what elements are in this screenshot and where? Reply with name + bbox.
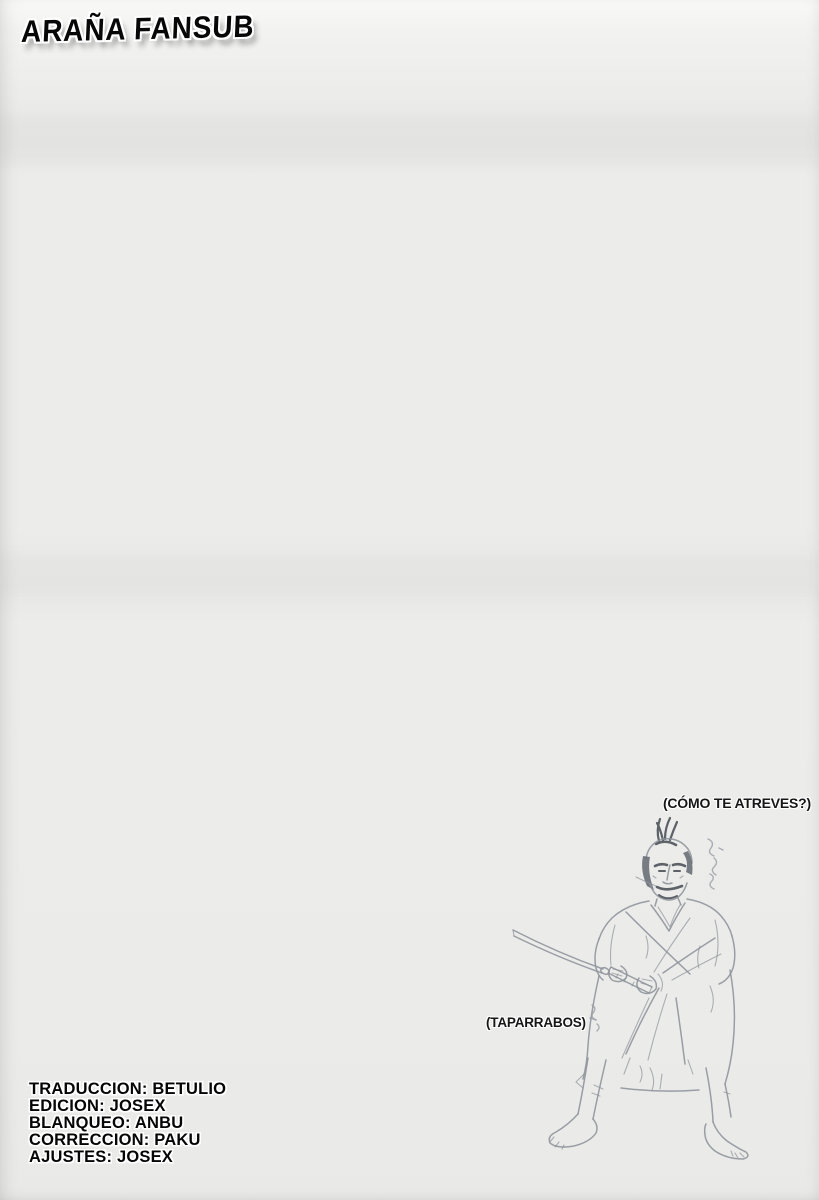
speech-taparrabos: (TAPARRABOS) xyxy=(486,1015,586,1030)
scan-artifact-band xyxy=(0,553,819,595)
credit-line-ajustes: AJUSTES: JOSEX xyxy=(29,1149,226,1166)
credit-line-blanqueo: BLANQUEO: ANBU xyxy=(29,1115,226,1132)
scan-artifact-band xyxy=(0,115,819,165)
japanese-scribbles-head xyxy=(708,839,723,889)
credit-line-traduccion: TRADUCCION: BETULIO xyxy=(29,1081,226,1098)
manga-credits-page: ARAÑA FANSUB (CÓMO TE ATREVES?) xyxy=(0,0,819,1200)
credits-block: TRADUCCION: BETULIO EDICION: JOSEX BLANQ… xyxy=(29,1081,226,1166)
fansub-logo: ARAÑA FANSUB xyxy=(20,9,255,50)
credit-line-correccion: CORRECCION: PAKU xyxy=(29,1132,226,1149)
credit-line-edicion: EDICION: JOSEX xyxy=(29,1098,226,1115)
samurai-legs xyxy=(549,1058,748,1159)
samurai-sketch xyxy=(500,806,819,1200)
japanese-scribbles-hip xyxy=(590,1005,599,1031)
samurai-head xyxy=(636,818,693,900)
katana-sword xyxy=(513,930,652,993)
